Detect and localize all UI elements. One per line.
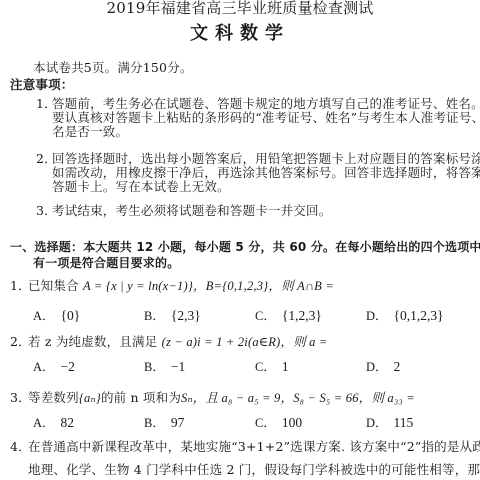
exam-intro: 本试卷共5页。满分150分。 xyxy=(33,61,193,75)
option-label: A． xyxy=(33,416,55,430)
question-text-line: 地理、化学、生物 4 门学科中任选 2 门，假设每门学科被选中的可能性相等，那么… xyxy=(28,463,480,477)
exam-title: 2019年福建省高三毕业班质量检查测试 xyxy=(0,0,480,16)
option-d[interactable]: D．2 xyxy=(366,360,400,374)
option-value: 1 xyxy=(282,359,289,374)
question-text-line: 在普通高中新课程改革中，某地实施“3+1+2”选课方案. 该方案中“2”指的是从… xyxy=(28,440,480,454)
option-value: 100 xyxy=(282,415,302,430)
option-value: {0} xyxy=(61,308,81,323)
question-math: A = {x | y = ln(x−1)}，B={0,1,2,3}，则 A∩B … xyxy=(83,279,334,293)
option-label: B． xyxy=(144,309,165,323)
option-label: D． xyxy=(366,309,388,323)
notice-item-line: 答题前，考生务必在试题卷、答题卡规定的地方填写自己的准考证号、姓名。考生 xyxy=(52,97,480,111)
option-value: 82 xyxy=(61,415,75,430)
option-label: D． xyxy=(366,360,388,374)
question-prefix: 等差数列 xyxy=(28,390,79,405)
option-a[interactable]: A．−2 xyxy=(33,360,75,374)
option-b[interactable]: B．{2,3} xyxy=(144,309,201,323)
notice-item-line: 如需改动，用橡皮擦干净后，再选涂其他答案标号。回答非选择题时，将答案写在 xyxy=(52,166,480,180)
question-text: 已知集合 A = {x | y = ln(x−1)}，B={0,1,2,3}，则… xyxy=(28,279,334,293)
subject-title: 文科数学 xyxy=(0,27,480,41)
option-label: C． xyxy=(255,360,276,374)
notice-heading: 注意事项： xyxy=(10,78,74,92)
option-c[interactable]: C．100 xyxy=(255,416,302,430)
notice-item-line: 名是否一致。 xyxy=(52,125,128,139)
question-prefix: 已知集合 xyxy=(28,278,83,293)
option-label: C． xyxy=(255,309,276,323)
option-value: 97 xyxy=(171,415,185,430)
question-math: Sₙ，且 a₈ − a₅ = 9，S₈ − S₅ = 66，则 a₃₃ = xyxy=(181,391,415,405)
option-b[interactable]: B．97 xyxy=(144,416,184,430)
option-label: C． xyxy=(255,416,276,430)
option-label: B． xyxy=(144,416,165,430)
option-value: −2 xyxy=(61,359,75,374)
option-c[interactable]: C．{1,2,3} xyxy=(255,309,322,323)
option-value: −1 xyxy=(171,359,185,374)
notice-item-line: 考试结束，考生必须将试题卷和答题卡一并交回。 xyxy=(52,204,331,218)
option-label: D． xyxy=(366,416,388,430)
option-d[interactable]: D．115 xyxy=(366,416,413,430)
question-mid: 的前 n 项和为 xyxy=(101,390,181,405)
notice-item-line: 答题卡上。写在本试卷上无效。 xyxy=(52,180,230,194)
question-prefix: 若 z 为纯虚数，且满足 xyxy=(28,334,162,349)
option-label: B． xyxy=(144,360,165,374)
option-value: 2 xyxy=(394,359,401,374)
section-heading-cont: 有一项是符合题目要求的。 xyxy=(33,256,179,270)
option-value: {0,1,2,3} xyxy=(394,308,444,323)
option-d[interactable]: D．{0,1,2,3} xyxy=(366,309,444,323)
option-b[interactable]: B．−1 xyxy=(144,360,185,374)
sequence-notation: {aₙ} xyxy=(79,391,101,405)
option-label: A． xyxy=(33,360,55,374)
option-value: {2,3} xyxy=(171,308,201,323)
notice-item-line: 回答选择题时，选出每小题答案后，用铅笔把答题卡上对应题目的答案标号涂黑。 xyxy=(52,152,480,166)
option-value: {1,2,3} xyxy=(282,308,322,323)
question-text: 若 z 为纯虚数，且满足 (z − a)i = 1 + 2i(a∈R)，则 a … xyxy=(28,335,328,349)
question-math: (z − a)i = 1 + 2i(a∈R)，则 a = xyxy=(162,335,328,349)
option-a[interactable]: A．82 xyxy=(33,416,74,430)
section-heading: 一、选择题：本大题共 12 小题，每小题 5 分，共 60 分。在每小题给出的四… xyxy=(10,240,480,254)
option-c[interactable]: C．1 xyxy=(255,360,289,374)
option-label: A． xyxy=(33,309,55,323)
notice-item-line: 要认真核对答题卡上粘贴的条形码的“准考证号、姓名”与考生本人准考证号、姓 xyxy=(52,111,480,125)
question-text: 等差数列{aₙ}的前 n 项和为Sₙ，且 a₈ − a₅ = 9，S₈ − S₅… xyxy=(28,391,415,405)
option-value: 115 xyxy=(394,415,414,430)
option-a[interactable]: A．{0} xyxy=(33,309,80,323)
